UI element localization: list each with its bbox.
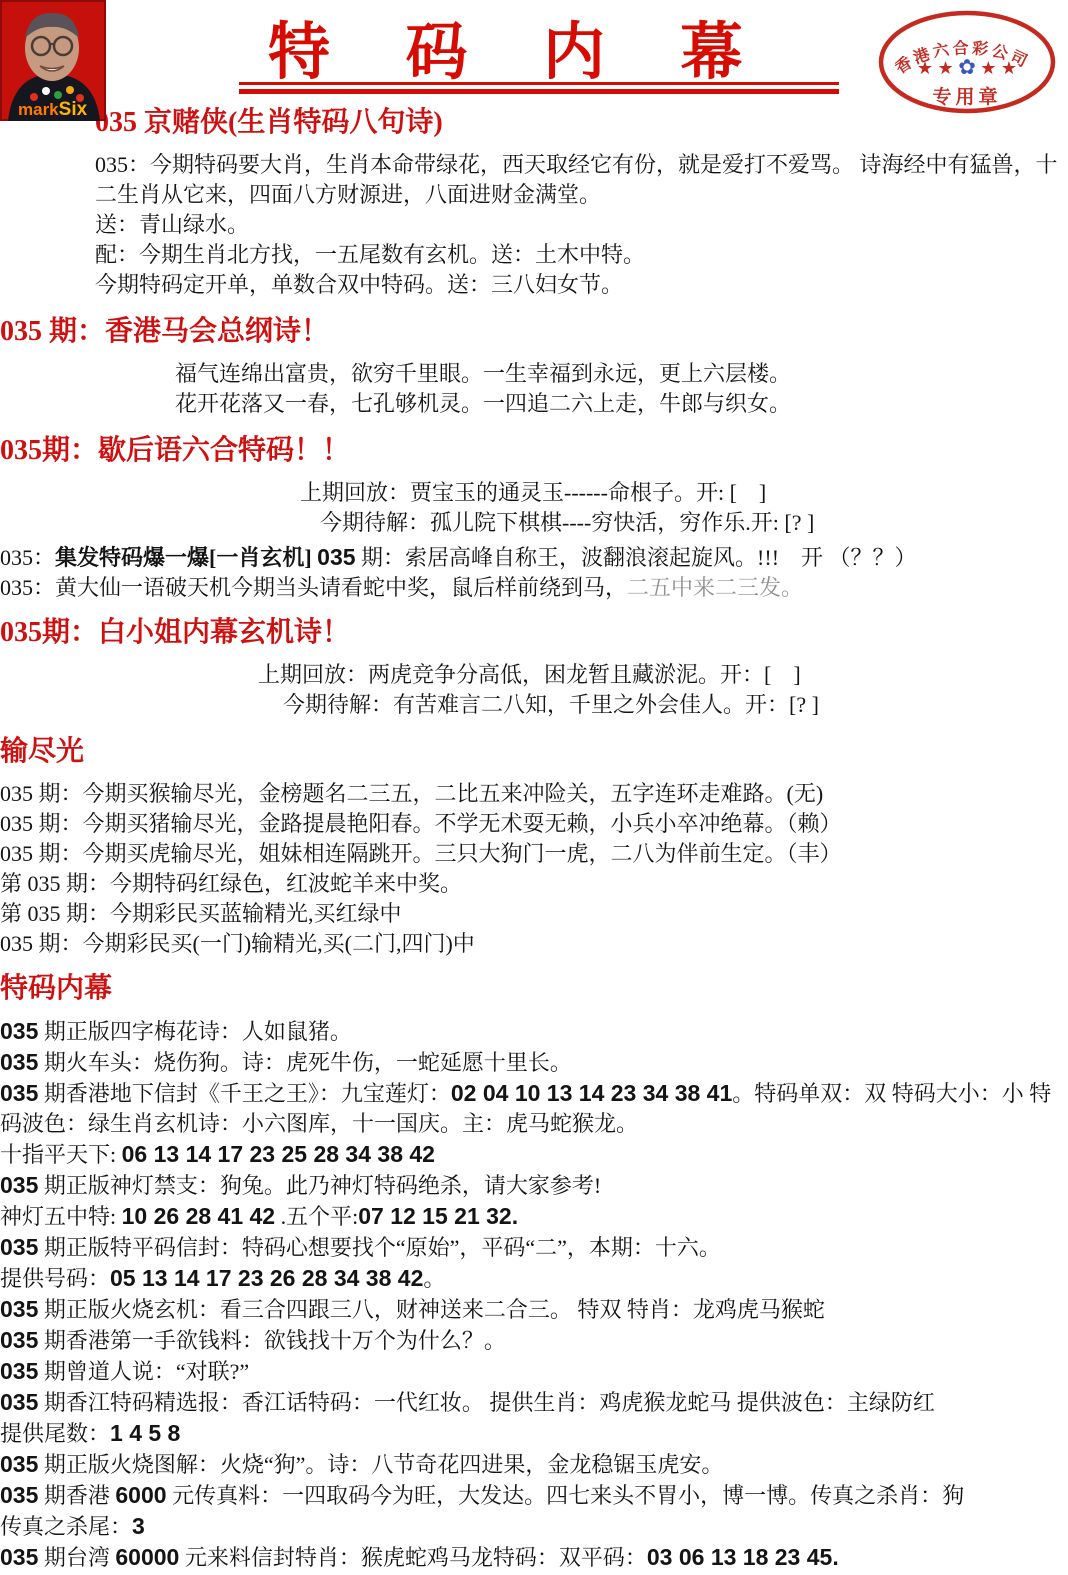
replay-line: 上期回放：两虎竞争分高低，困龙暂且藏淤泥。开：[ ] <box>258 660 1068 690</box>
tip-line-huoshao-xuanji: 035 期正版火烧玄机：看三合四跟三八，财神送来二合三。 特双 特肖：龙鸡虎马猴… <box>0 1294 1068 1325</box>
title-underline-bottom <box>239 89 839 94</box>
pending-line: 今期待解：有苦难言二八知，千里之外会佳人。开：[? ] <box>283 690 1068 720</box>
tip-line-haoma: 提供号码：05 13 14 17 23 26 28 34 38 42。 <box>0 1263 1068 1294</box>
page-title: 特 码 内 幕 <box>268 2 773 91</box>
tip-line-xiangjiang: 035 期香江特码精选报：香江话特码：一代红妆。 提供生肖：鸡虎猴龙蛇马 提供波… <box>0 1387 1068 1418</box>
tip-line-huangdaxian: 035：黄大仙一语破天机今期当头请看蛇中奖，鼠后样前绕到马，二五中来二三发。 <box>0 573 1068 603</box>
tip-line-zengdaoren: 035 期曾道人说：“对联?” <box>0 1356 1068 1387</box>
tip-line-yuqianliao: 035 期香港第一手欲钱料：欲钱找十万个为什么？。 <box>0 1325 1068 1356</box>
marksix-photo: markSix <box>0 0 106 121</box>
shujinguang-line: 第 035 期：今期彩民买蓝输精光,买红绿中 <box>0 899 1068 929</box>
tip-line-shendeng-jinzhi: 035 期正版神灯禁支：狗兔。此乃神灯特码绝杀，请大家参考! <box>0 1170 1068 1201</box>
shujinguang-line: 035 期：今期彩民买(一门)输精光,买(二门,四门)中 <box>0 929 1068 959</box>
section-heading-temaneimu: 特码内幕 <box>0 971 1068 1007</box>
shujinguang-line: 035 期：今期买猪输尽光，金路提晨艳阳春。不学无术耍无赖，小兵小卒冲绝幕。（赖… <box>0 809 1068 839</box>
stamp-stars: ★ ★ ✿ ★ ★ <box>917 55 1017 79</box>
page: markSix 特 码 内 幕 香港六合彩公司 ★ ★ ✿ ★ ★ 专用章 03… <box>0 0 1068 1575</box>
shujinguang-line: 第 035 期：今期特码红绿色，红波蛇羊来中奖。 <box>0 869 1068 899</box>
shujinguang-line: 035 期：今期买猴输尽光，金榜题名二三五，二比五来冲险关，五字连环走难路。(无… <box>0 779 1068 809</box>
masthead: markSix 特 码 内 幕 香港六合彩公司 ★ ★ ✿ ★ ★ 专用章 <box>0 0 1068 103</box>
company-stamp: 香港六合彩公司 ★ ★ ✿ ★ ★ 专用章 <box>872 6 1062 118</box>
tip-line-meihuashi: 035 期正版四字梅花诗：人如鼠猪。 <box>0 1016 1068 1047</box>
pending-line: 今期待解：孤儿院下棋棋----穷快活，穷作乐.开: [? ] <box>320 508 1068 538</box>
verse-paragraph: 035：今期特码要大肖，生肖本命带绿花，西天取经它有份，就是爱打不爱骂。 诗海经… <box>95 150 1067 210</box>
section-heading-zonggangshi: 035 期：香港马会总纲诗！ <box>0 314 1068 350</box>
tip-line-weishu: 提供尾数：1 4 5 8 <box>0 1418 1068 1449</box>
tip-line-taiwan-laimo: 035 期台湾 60000 元来料信封特肖：猴虎蛇鸡马龙特码：双平码：03 06… <box>0 1542 1068 1573</box>
tip-line-huoshao-tujie: 035 期正版火烧图解：火烧“狗”。诗：八节奇花四进果，金龙稳锯玉虎安。 <box>0 1449 1068 1480</box>
tip-line-shizhi-numbers: 十指平天下: 06 13 14 17 23 25 28 34 38 42 <box>0 1139 1068 1170</box>
tip-line-pingma-xinfeng: 035 期正版特平码信封：特码心想要找个“原始”，平码“二”，本期：十六。 <box>0 1232 1068 1263</box>
verse-line-song: 送：青山绿水。 <box>95 210 1068 240</box>
section-heading-xiehouyu: 035期：歇后语六合特码！！ <box>0 433 1068 469</box>
replay-line: 上期回放：贾宝玉的通灵玉------命根子。开: [ ] <box>300 478 1068 508</box>
tip-line-huochetou: 035 期火车头：烧伤狗。诗：虎死牛伤，一蛇延愿十里长。 <box>0 1047 1068 1078</box>
poem-line: 花开花落又一春，七孔够机灵。一四追二六上走，牛郎与织女。 <box>175 389 1068 419</box>
verse-line-dankai: 今期特码定开单，单数合双中特码。送：三八妇女节。 <box>95 270 1068 300</box>
title-underline-top <box>239 82 839 85</box>
poem-line: 福气连绵出富贵，欲穷千里眼。一生幸福到永远，更上六层楼。 <box>175 359 1068 389</box>
tip-line-dixiaxinfeng: 035 期香港地下信封《千王之王》：九宝莲灯：02 04 10 13 14 23… <box>0 1078 1068 1139</box>
tip-line-shawei: 传真之杀尾：3 <box>0 1511 1068 1542</box>
marksix-logo-text: markSix <box>18 99 88 120</box>
tip-line-chuanzhenliao: 035 期香港 6000 元传真料：一四取码今为旺，大发达。四七来头不胃小，博一… <box>0 1480 1068 1511</box>
tip-line-jifa: 035：集发特码爆一爆[一肖玄机] 035 期：索居高峰自称王，波翻浪滚起旋风。… <box>0 542 1068 573</box>
verse-line-pei: 配：今期生肖北方找，一五尾数有玄机。送：土木中特。 <box>95 240 1068 270</box>
section-heading-baixiaojie: 035期：白小姐内幕玄机诗！ <box>0 615 1068 651</box>
section-heading-shujinguang: 输尽光 <box>0 734 1068 770</box>
shujinguang-line: 035 期：今期买虎输尽光，姐妹相连隔跳开。三只大狗门一虎，二八为伴前生定。（丰… <box>0 839 1068 869</box>
stamp-bottom-text: 专用章 <box>932 85 1001 108</box>
tip-line-shendeng-numbers: 神灯五中特: 10 26 28 41 42 .五个平:07 12 15 21 3… <box>0 1201 1068 1232</box>
